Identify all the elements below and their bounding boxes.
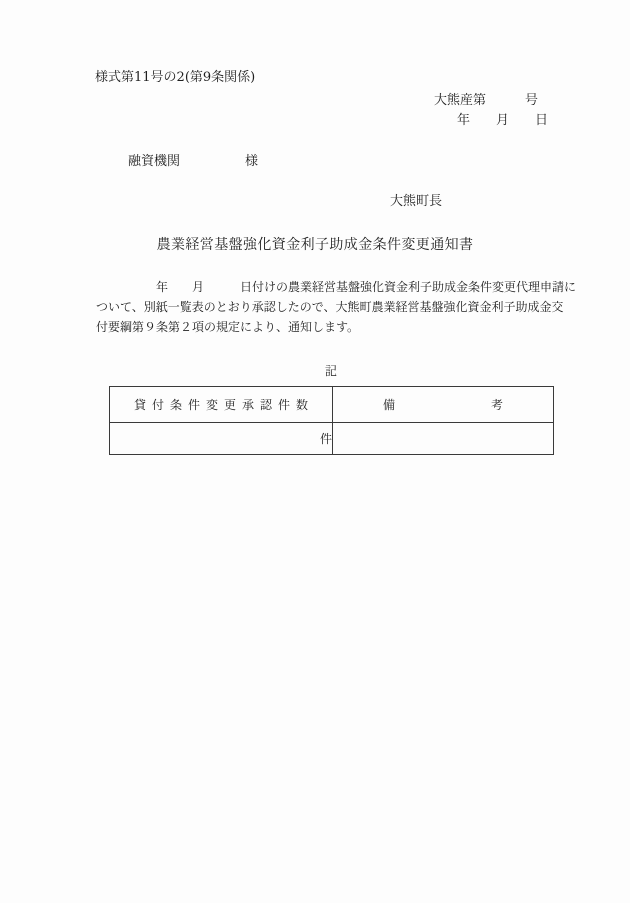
- document-title: 農業経営基盤強化資金利子助成金条件変更通知書: [0, 234, 630, 254]
- form-number: 様式第11号の2(第9条関係): [95, 66, 255, 85]
- date-line: 年 月 日: [457, 109, 548, 128]
- table-cell-count-unit: 件: [110, 423, 333, 455]
- table-value-row: 件: [110, 423, 554, 455]
- body-line-2: ついて、別紙一覧表のとおり承認したので、大熊町農業経営基盤強化資金利子助成金交: [96, 297, 586, 317]
- summary-table: 貸付条件変更承認件数 備 考 件: [109, 386, 554, 455]
- table-header-row: 貸付条件変更承認件数 備 考: [110, 387, 554, 423]
- document-page: 様式第11号の2(第9条関係) 大熊産第 号 年 月 日 融資機関 様 大熊町長…: [0, 0, 630, 903]
- table-cell-remarks: [333, 423, 554, 455]
- addressee-line: 融資機関 様: [128, 150, 258, 169]
- body-line-1: 年 月 日付けの農業経営基盤強化資金利子助成金条件変更代理申請に: [96, 277, 586, 297]
- body-paragraph: 年 月 日付けの農業経営基盤強化資金利子助成金条件変更代理申請に ついて、別紙一…: [96, 277, 586, 337]
- sender-name: 大熊町長: [390, 190, 442, 209]
- table-header-remarks: 備 考: [333, 387, 554, 423]
- table-header-approved-count: 貸付条件変更承認件数: [110, 387, 333, 423]
- record-label: 記: [109, 362, 553, 379]
- body-line-3: 付要綱第９条第２項の規定により、通知します。: [96, 317, 586, 337]
- doc-number-line: 大熊産第 号: [434, 89, 538, 108]
